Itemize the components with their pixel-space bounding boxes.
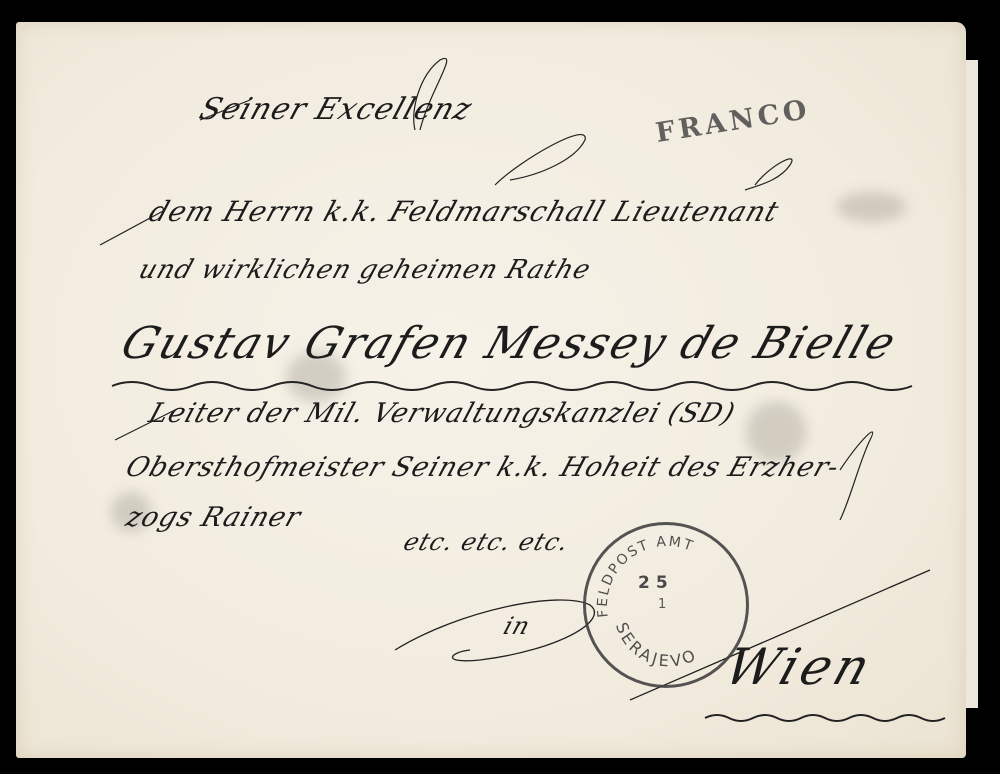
- address-position-line-2: Obersthofmeister Seiner k.k. Hoheit des …: [122, 452, 844, 483]
- abbreviation-line: etc. etc. etc.: [400, 528, 573, 556]
- postmark-month: 1: [658, 597, 666, 612]
- salutation: Seiner Excellenz: [195, 92, 477, 127]
- address-title-line: dem Herrn k.k. Feldmarschall Lieutenant: [145, 195, 784, 228]
- postmark-day: 25: [638, 573, 674, 593]
- svg-text:SERAJEVO: SERAJEVO: [612, 620, 701, 671]
- postmark: FELDPOST AMT SERAJEVO 25 1: [583, 522, 749, 688]
- address-position-line-3: zogs Rainer: [122, 502, 305, 533]
- ink-smudge: [836, 192, 906, 222]
- address-position-line: Leiter der Mil. Verwaltungskanzlei (SD): [145, 398, 739, 429]
- recipient-name: Gustav Grafen Messey de Bielle: [115, 318, 903, 369]
- address-title-line-2: und wirklichen geheimen Rathe: [135, 255, 595, 285]
- postmark-bottom-text: SERAJEVO: [612, 620, 701, 671]
